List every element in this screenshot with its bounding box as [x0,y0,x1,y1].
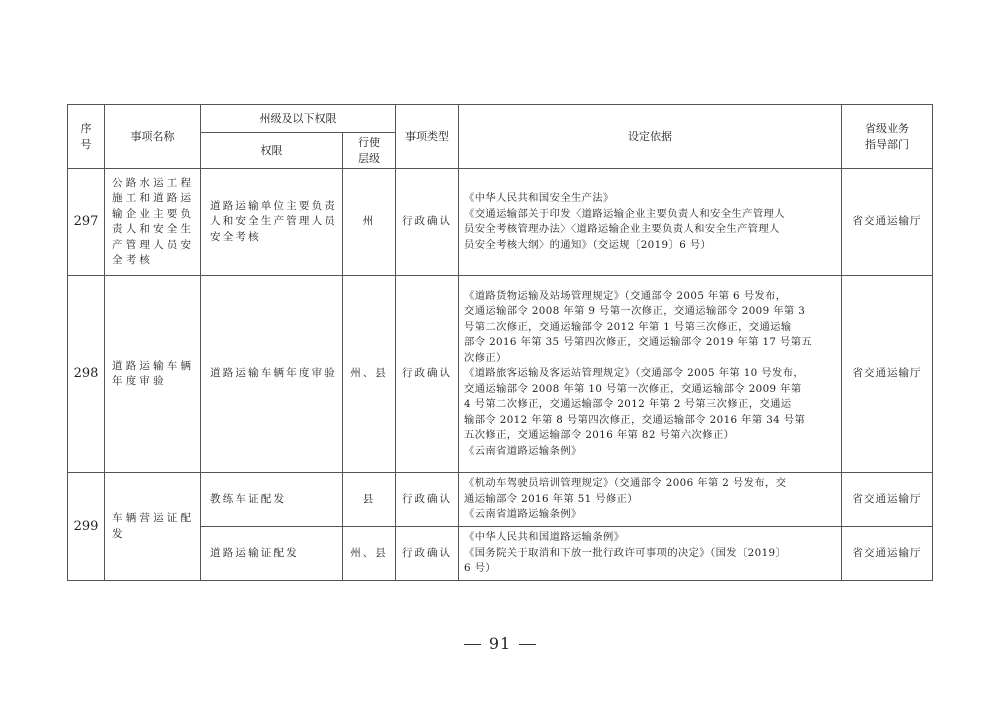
header-item-name: 事项名称 [105,105,201,169]
row-dept: 省交通运输厅 [842,473,933,527]
authority-line: 道路运输车辆年度审验 [210,366,338,382]
basis-line: 员安全考核大纲〉的通知》（交运规〔2019〕6 号） [464,238,838,254]
table-row: 297 公路水运工程 施工和道路运 输企业主要负 责人和安全生 产管理人员安 全… [68,169,933,276]
name-line: 公路水运工程 [112,176,196,192]
header-dept-line: 指导部门 [842,137,932,153]
row-level: 州 [343,169,396,276]
basis-line: 交通运输部令 2008 年第 9 号第一次修正，交通运输部令 2009 年第 3 [464,304,838,320]
row-item-name: 车辆营运证配 发 [105,473,201,581]
name-line: 责人和安全生 [112,222,196,238]
dash-right [519,644,536,645]
basis-line: 《云南省道路运输条例》 [464,507,838,523]
table-row: 299 车辆营运证配 发 教练车证配发 县 行政确认 《机动车驾驶员培训管理规定… [68,473,933,527]
basis-line: 《交通运输部关于印发〈道路运输企业主要负责人和安全生产管理人 [464,207,838,223]
row-item-type: 行政确认 [396,527,459,581]
row-authority: 道路运输车辆年度审验 [201,276,343,473]
basis-line: 输部令 2012 年第 8 号第四次修正，交通运输部令 2016 年第 34 号… [464,413,838,429]
row-seq: 297 [68,169,105,276]
authority-line: 道路运输单位主要负责 [210,199,338,215]
authority-line: 安全考核 [210,230,338,246]
name-line: 施工和道路运 [112,191,196,207]
row-dept: 省交通运输厅 [842,527,933,581]
basis-line: 《云南省道路运输条例》 [464,444,838,460]
row-basis: 《中华人民共和国道路运输条例》 《国务院关于取消和下放一批行政许可事项的决定》（… [459,527,842,581]
page-number: 91 [489,634,511,653]
name-line: 发 [112,527,196,543]
basis-line: 《机动车驾驶员培训管理规定》（交通部令 2006 年第 2 号发布，交 [464,476,838,492]
row-seq: 298 [68,276,105,473]
authority-line: 教练车证配发 [210,492,338,508]
name-line: 全考核 [112,253,196,269]
header-item-type: 事项类型 [396,105,459,169]
row-basis: 《机动车驾驶员培训管理规定》（交通部令 2006 年第 2 号发布，交 通运输部… [459,473,842,527]
basis-line: 部令 2016 年第 35 号第四次修正，交通运输部令 2019 年第 17 号… [464,335,838,351]
row-authority: 道路运输单位主要负责 人和安全生产管理人员 安全考核 [201,169,343,276]
row-authority: 道路运输证配发 [201,527,343,581]
basis-line: 交通运输部令 2008 年第 10 号第一次修正，交通运输部令 2009 年第 [464,382,838,398]
name-line: 道路运输车辆 [112,359,196,375]
name-line: 输企业主要负 [112,207,196,223]
name-line: 产管理人员安 [112,238,196,254]
basis-line: 6 号） [464,561,838,577]
basis-line: 《道路货物运输及站场管理规定》（交通部令 2005 年第 6 号发布， [464,289,838,305]
authority-list-table: 序 号 事项名称 州级及以下权限 事项类型 设定依据 省级业务 指导部门 权限 … [67,104,933,581]
row-level: 县 [343,473,396,527]
basis-line: 4 号第二次修正，交通运输部令 2012 年第 2 号第三次修正，交通运 [464,397,838,413]
name-line: 年度审验 [112,374,196,390]
basis-line: 次修正） [464,351,838,367]
header-seq: 序 号 [68,105,105,169]
name-line: 车辆营运证配 [112,511,196,527]
row-seq: 299 [68,473,105,581]
row-level: 州、县 [343,276,396,473]
basis-line: 《道路旅客运输及客运站管理规定》（交通部令 2005 年第 10 号发布， [464,366,838,382]
row-dept: 省交通运输厅 [842,276,933,473]
dash-left [464,644,481,645]
row-basis: 《道路货物运输及站场管理规定》（交通部令 2005 年第 6 号发布， 交通运输… [459,276,842,473]
authority-line: 道路运输证配发 [210,546,338,562]
row-item-type: 行政确认 [396,169,459,276]
row-item-type: 行政确认 [396,276,459,473]
basis-line: 《中华人民共和国安全生产法》 [464,191,838,207]
row-item-type: 行政确认 [396,473,459,527]
header-basis: 设定依据 [459,105,842,169]
basis-line: 员安全考核管理办法〉〈道路运输企业主要负责人和安全生产管理人 [464,222,838,238]
basis-line: 通运输部令 2016 年第 51 号修正） [464,492,838,508]
row-item-name: 道路运输车辆 年度审验 [105,276,201,473]
table-row: 298 道路运输车辆 年度审验 道路运输车辆年度审验 州、县 行政确认 《道路货… [68,276,933,473]
row-basis: 《中华人民共和国安全生产法》 《交通运输部关于印发〈道路运输企业主要负责人和安全… [459,169,842,276]
header-dept-line: 省级业务 [842,121,932,137]
header-seq-line: 号 [68,137,104,153]
header-level-line: 层级 [343,151,395,167]
row-dept: 省交通运输厅 [842,169,933,276]
page-footer: 91 [0,634,1000,653]
row-item-name: 公路水运工程 施工和道路运 输企业主要负 责人和安全生 产管理人员安 全考核 [105,169,201,276]
row-level: 州、县 [343,527,396,581]
basis-line: 五次修正，交通运输部令 2016 年第 82 号第六次修正） [464,428,838,444]
basis-line: 号第二次修正，交通运输部令 2012 年第 1 号第三次修正，交通运输 [464,320,838,336]
header-authority: 权限 [201,133,343,169]
header-level-line: 行使 [343,135,395,151]
basis-line: 《中华人民共和国道路运输条例》 [464,530,838,546]
row-authority: 教练车证配发 [201,473,343,527]
header-seq-line: 序 [68,121,104,137]
header-group-local-authority: 州级及以下权限 [201,105,396,133]
authority-line: 人和安全生产管理人员 [210,214,338,230]
header-level: 行使 层级 [343,133,396,169]
header-dept: 省级业务 指导部门 [842,105,933,169]
basis-line: 《国务院关于取消和下放一批行政许可事项的决定》（国发〔2019〕 [464,546,838,562]
